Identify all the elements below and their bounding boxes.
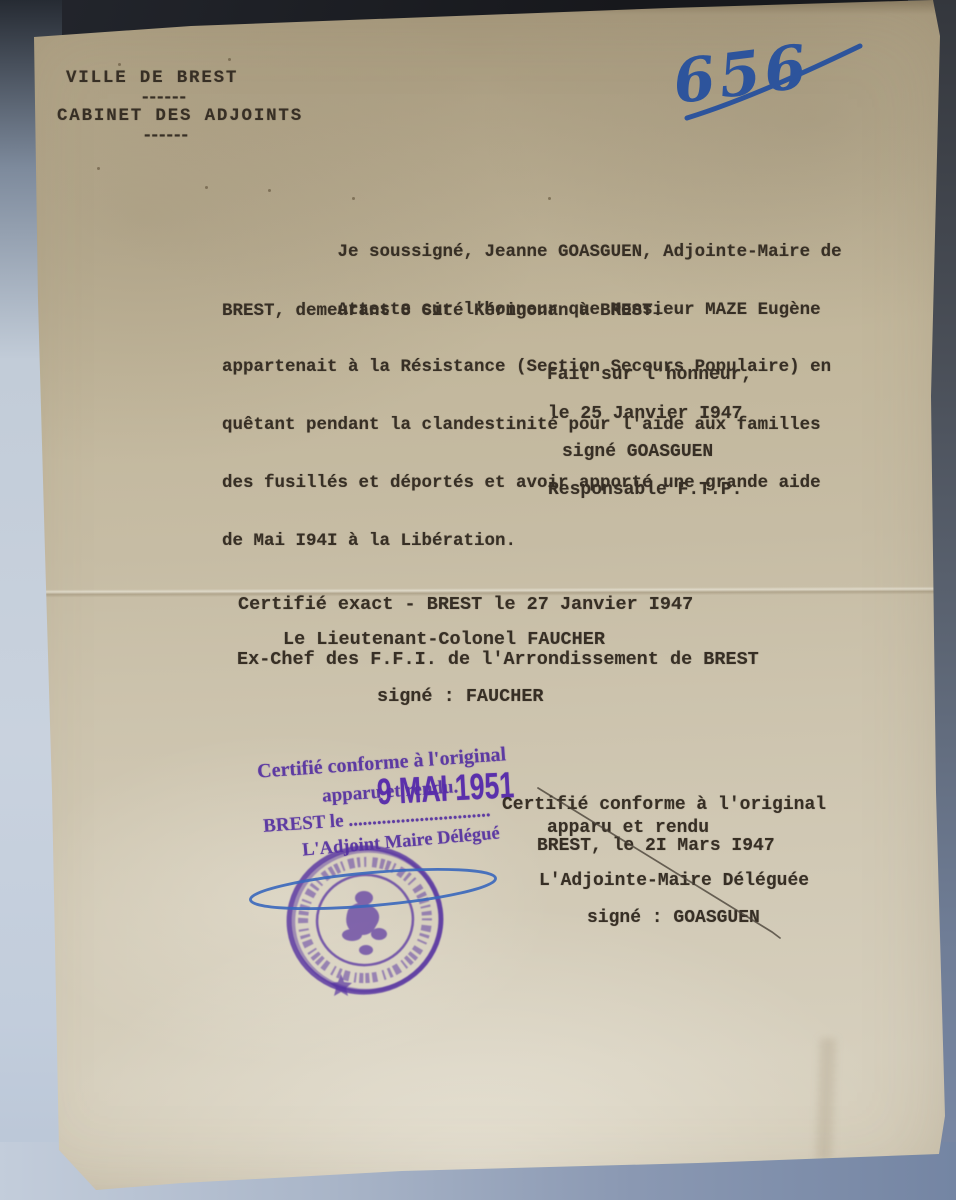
body-line: Atteste sur l'honneur que Monsieur MAZE … [222,301,831,320]
paper-speck [268,189,271,192]
letterhead-office: CABINET DES ADJOINTS [57,106,303,126]
paper-speck [228,58,231,61]
date-stamp: 9 MAI 1951 [376,765,515,814]
signature-ellipse-stroke [245,855,505,925]
body-line: Je soussigné, Jeanne GOASGUEN, Adjointe-… [222,243,842,263]
closing-oath-line: Fait sur l'honneur, [547,365,752,385]
letterhead-separator: ------ [142,126,187,146]
paper-speck [205,186,208,189]
certifier-signed-line: signé : FAUCHER [377,686,544,707]
closing-title-line: Responsable F.T.P. [548,480,742,500]
closing-date-line: le 25 Janvier I947 [548,404,742,424]
letterhead-separator: ------ [140,88,185,108]
certifier-name-line: Le Lieutenant-Colonel FAUCHER [283,629,605,650]
letterhead-city: VILLE DE BREST [66,68,238,88]
pen-strike-line [520,770,800,950]
photographed-document: VILLE DE BREST ------ CABINET DES ADJOIN… [0,0,956,1200]
letter-paper: VILLE DE BREST ------ CABINET DES ADJOIN… [0,0,956,1200]
body-paragraph-2: Atteste sur l'honneur que Monsieur MAZE … [222,262,831,590]
paper-speck [97,167,100,170]
paper-stain [816,1038,836,1160]
certification-exact-line: Certifié exact - BREST le 27 Janvier I94… [238,594,693,615]
paper-speck [548,197,551,200]
certifier-title-line: Ex-Chef des F.F.I. de l'Arrondissement d… [237,649,759,670]
closing-signed-line: signé GOASGUEN [562,442,713,462]
paper-speck [352,197,355,200]
paper-speck [118,63,121,66]
body-line: de Mai I94I à la Libération. [222,532,831,551]
handwritten-number: 656 [645,12,885,130]
